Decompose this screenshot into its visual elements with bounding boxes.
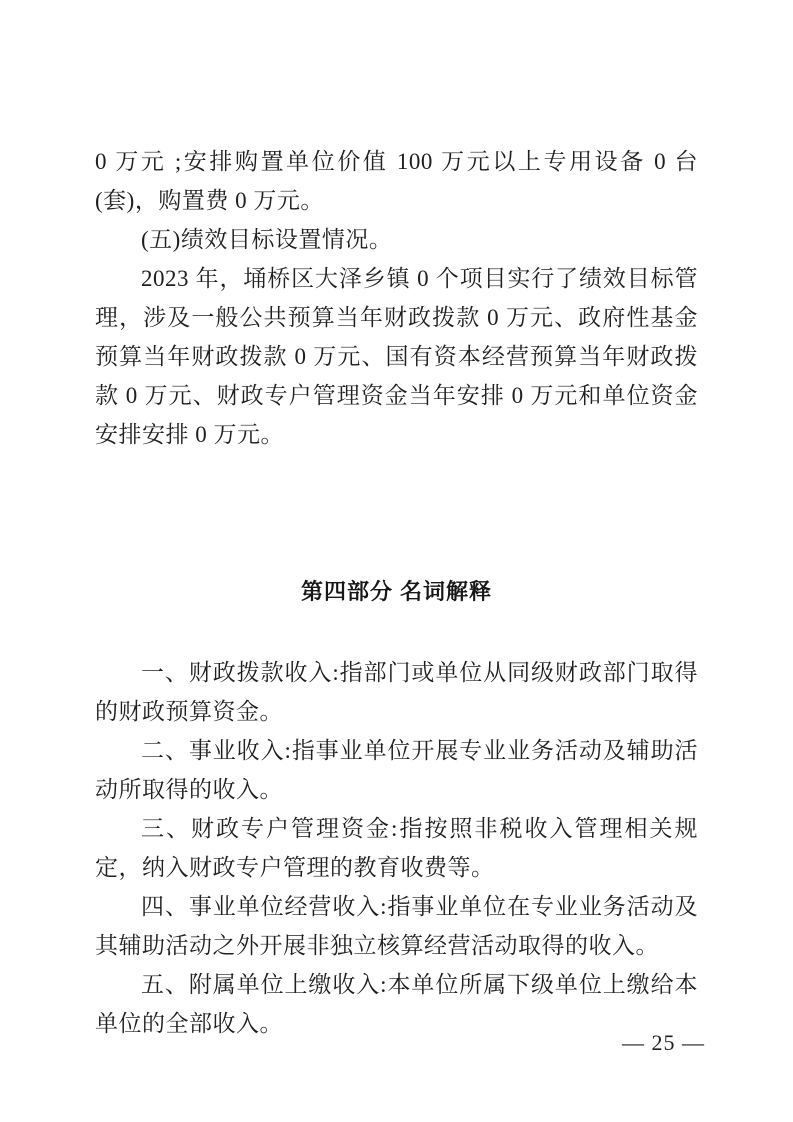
definition-item-operational-income: 二、事业收入:指事业单位开展专业业务活动及辅助活动所取得的收入。 [95,731,698,809]
document-body: 0 万元 ;安排购置单位价值 100 万元以上专用设备 0 台(套)，购置费 0… [95,142,698,1043]
paragraph-performance-target-detail: 2023 年，埇桥区大泽乡镇 0 个项目实行了绩效目标管理，涉及一般公共预算当年… [95,259,698,454]
section-title-part-four: 第四部分 名词解释 [95,572,698,611]
definitions-list: 一、财政拨款收入:指部门或单位从同级财政部门取得的财政预算资金。 二、事业收入:… [95,653,698,1043]
paragraph-equipment-purchase-continuation: 0 万元 ;安排购置单位价值 100 万元以上专用设备 0 台(套)，购置费 0… [95,142,698,220]
definition-item-subordinate-unit-remitted-income: 五、附属单位上缴收入:本单位所属下级单位上缴给本单位的全部收入。 [95,965,698,1043]
definition-item-fiscal-appropriation-income: 一、财政拨款收入:指部门或单位从同级财政部门取得的财政预算资金。 [95,653,698,731]
paragraph-subsection-five-heading: (五)绩效目标设置情况。 [95,220,698,259]
definition-item-special-fiscal-account-funds: 三、财政专户管理资金:指按照非税收入管理相关规定，纳入财政专户管理的教育收费等。 [95,809,698,887]
page-number: — 25 — [622,1030,705,1056]
definition-item-business-operating-income: 四、事业单位经营收入:指事业单位在专业业务活动及其辅助活动之外开展非独立核算经营… [95,887,698,965]
document-page: 0 万元 ;安排购置单位价值 100 万元以上专用设备 0 台(套)，购置费 0… [0,0,793,1122]
